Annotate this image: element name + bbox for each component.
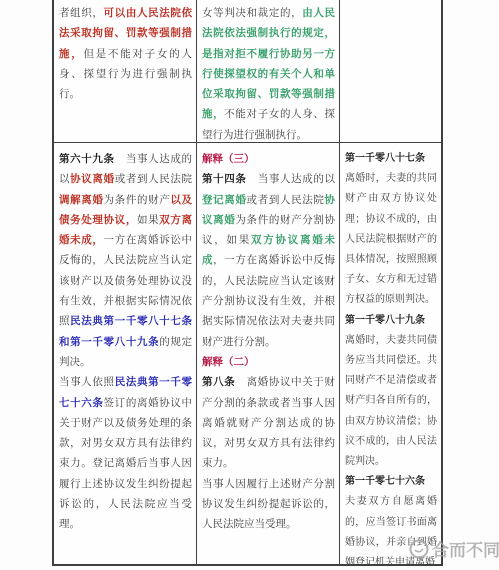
civil-code-empty-cell	[340, 0, 441, 143]
watermark-logo-icon	[408, 538, 430, 560]
text-run-plain: 签订的离婚协议中关于财产以及债务处理的条款，对男女双方具有法律约束力。登记离婚后…	[59, 397, 192, 531]
text-run-plain: 如果	[137, 214, 159, 226]
paragraph: 离婚时，夫妻的共同财产由双方协议处理；协议不成的，由人民法院根据财产的具体情况，…	[345, 169, 437, 310]
text-run-bold: 第十四条	[202, 173, 247, 185]
paragraph: 当事人因履行上述财产分割协议发生纠纷提起诉讼的，人民法院应当受理。	[202, 474, 335, 535]
text-run-red: 调解离婚	[59, 194, 104, 206]
text-run-red: 协议离婚	[70, 173, 115, 185]
civil-code-articles-cell: 第一千零八十七条离婚时，夫妻的共同财产由双方协议处理；协议不成的，由人民法院根据…	[340, 143, 441, 564]
paragraph: 第一千零七十六条	[345, 472, 437, 492]
text-run-green: 登记离婚	[202, 194, 247, 206]
paragraph: 第一千零八十七条	[345, 149, 437, 169]
paragraph: 当事人依照民法典第一千零七十六条签订的离婚协议中关于财产以及债务处理的条款，对男…	[59, 372, 192, 534]
text-run-bold: 第一千零八十七条	[345, 153, 425, 164]
interpretation-one-continued-cell: 者组织，可以由人民法院依法采取拘留、罚款等强制措施，但是不能对子女的人身、探望行…	[54, 0, 197, 143]
text-run-plain: 一方在离婚诉讼中反悔的，人民法院应当认定该财产以及债务处理协议没有生效，并根据实…	[59, 234, 192, 327]
text-run-green: 由人民法院依法强制执行的规定，是指对拒不履行协助另一方行使探望权的有关个人和单位…	[202, 7, 335, 120]
text-run-plain: 为条件的财产	[104, 194, 171, 206]
text-run-plain	[115, 153, 126, 165]
text-run-plain: 或者到人民法院	[247, 194, 325, 206]
text-run-bold: 第一千零七十六条	[345, 476, 425, 487]
text-run-header: 解释（二）	[202, 356, 255, 368]
paragraph: 者组织，可以由人民法院依法采取拘留、罚款等强制措施，但是不能对子女的人身、探望行…	[59, 3, 192, 104]
text-run-bold: 第一千零八十九条	[345, 315, 425, 326]
text-run-bold: 第八条	[202, 376, 235, 388]
paragraph: 第八条 离婚协议中关于财产分割的条款或者当事人因离婚就财产分割达成的协议，对男女…	[202, 372, 335, 473]
paragraph: 第一千零八十九条	[345, 311, 437, 331]
page-background: 者组织，可以由人民法院依法采取拘留、罚款等强制措施，但是不能对子女的人身、探望行…	[0, 0, 499, 570]
text-run-plain: 离婚时，夫妻的共同财产由双方协议处理；协议不成的，由人民法院根据财产的具体情况，…	[345, 173, 437, 305]
interpretation-one-article-69-cell: 第六十九条 当事人达成的以协议离婚或者到人民法院调解离婚为条件的财产以及债务处理…	[54, 143, 197, 564]
text-run-plain: 离婚时，夫妻共同债务应当共同偿还。共同财产不足清偿或者财产归各自所有的，由双方协…	[345, 335, 437, 467]
text-run-plain: 离婚协议中关于财产分割的条款或者当事人因离婚就财产分割达成的协议，对男女双方具有…	[202, 376, 335, 469]
old-interpretations-cell: 解释（三）第十四条 当事人达成的以登记离婚或者到人民法院协议离婚为条件的财产分割…	[197, 143, 340, 564]
text-run-plain	[247, 173, 258, 185]
text-run-plain: ，一方在离婚诉讼中反悔的，人民法院应当认定该财产分割协议没有生效，并根据实际情况…	[202, 254, 335, 347]
text-run-plain	[235, 376, 246, 388]
old-interpretation-continued-cell: 女等判决和裁定的，由人民法院依法强制执行的规定，是指对拒不履行协助另一方行使探望…	[197, 0, 340, 143]
comparison-table: 者组织，可以由人民法院依法采取拘留、罚款等强制措施，但是不能对子女的人身、探望行…	[52, 0, 443, 566]
text-run-plain: 当事人达成的以	[258, 173, 335, 185]
text-run-plain: 女等判决和裁定的，	[202, 7, 302, 19]
paragraph: 离婚时，夫妻共同债务应当共同偿还。共同财产不足清偿或者财产归各自所有的，由双方协…	[345, 331, 437, 472]
paragraph: 解释（三）	[202, 149, 335, 169]
paragraph: 第十四条 当事人达成的以登记离婚或者到人民法院协议离婚为条件的财产分割协议，如果…	[202, 169, 335, 352]
paragraph: 女等判决和裁定的，由人民法院依法强制执行的规定，是指对拒不履行协助另一方行使探望…	[202, 3, 335, 143]
text-run-plain: 当事人依照	[59, 376, 115, 388]
text-run-plain: 者组织，	[59, 7, 104, 19]
paragraph: 第六十九条 当事人达成的以协议离婚或者到人民法院调解离婚为条件的财产以及债务处理…	[59, 149, 192, 372]
watermark-text: 合而不同	[432, 536, 499, 561]
paragraph: 解释（二）	[202, 352, 335, 372]
text-run-bold: 第六十九条	[59, 153, 115, 165]
text-run-header: 解释（三）	[202, 153, 255, 165]
text-run-plain: 当事人因履行上述财产分割协议发生纠纷提起诉讼的，人民法院应当受理。	[202, 478, 335, 531]
text-run-plain: 或者到人民法院	[115, 173, 192, 185]
watermark: 合而不同	[408, 536, 499, 561]
document-page: { "colors": { "red": "#bb2d20", "green":…	[0, 0, 499, 570]
